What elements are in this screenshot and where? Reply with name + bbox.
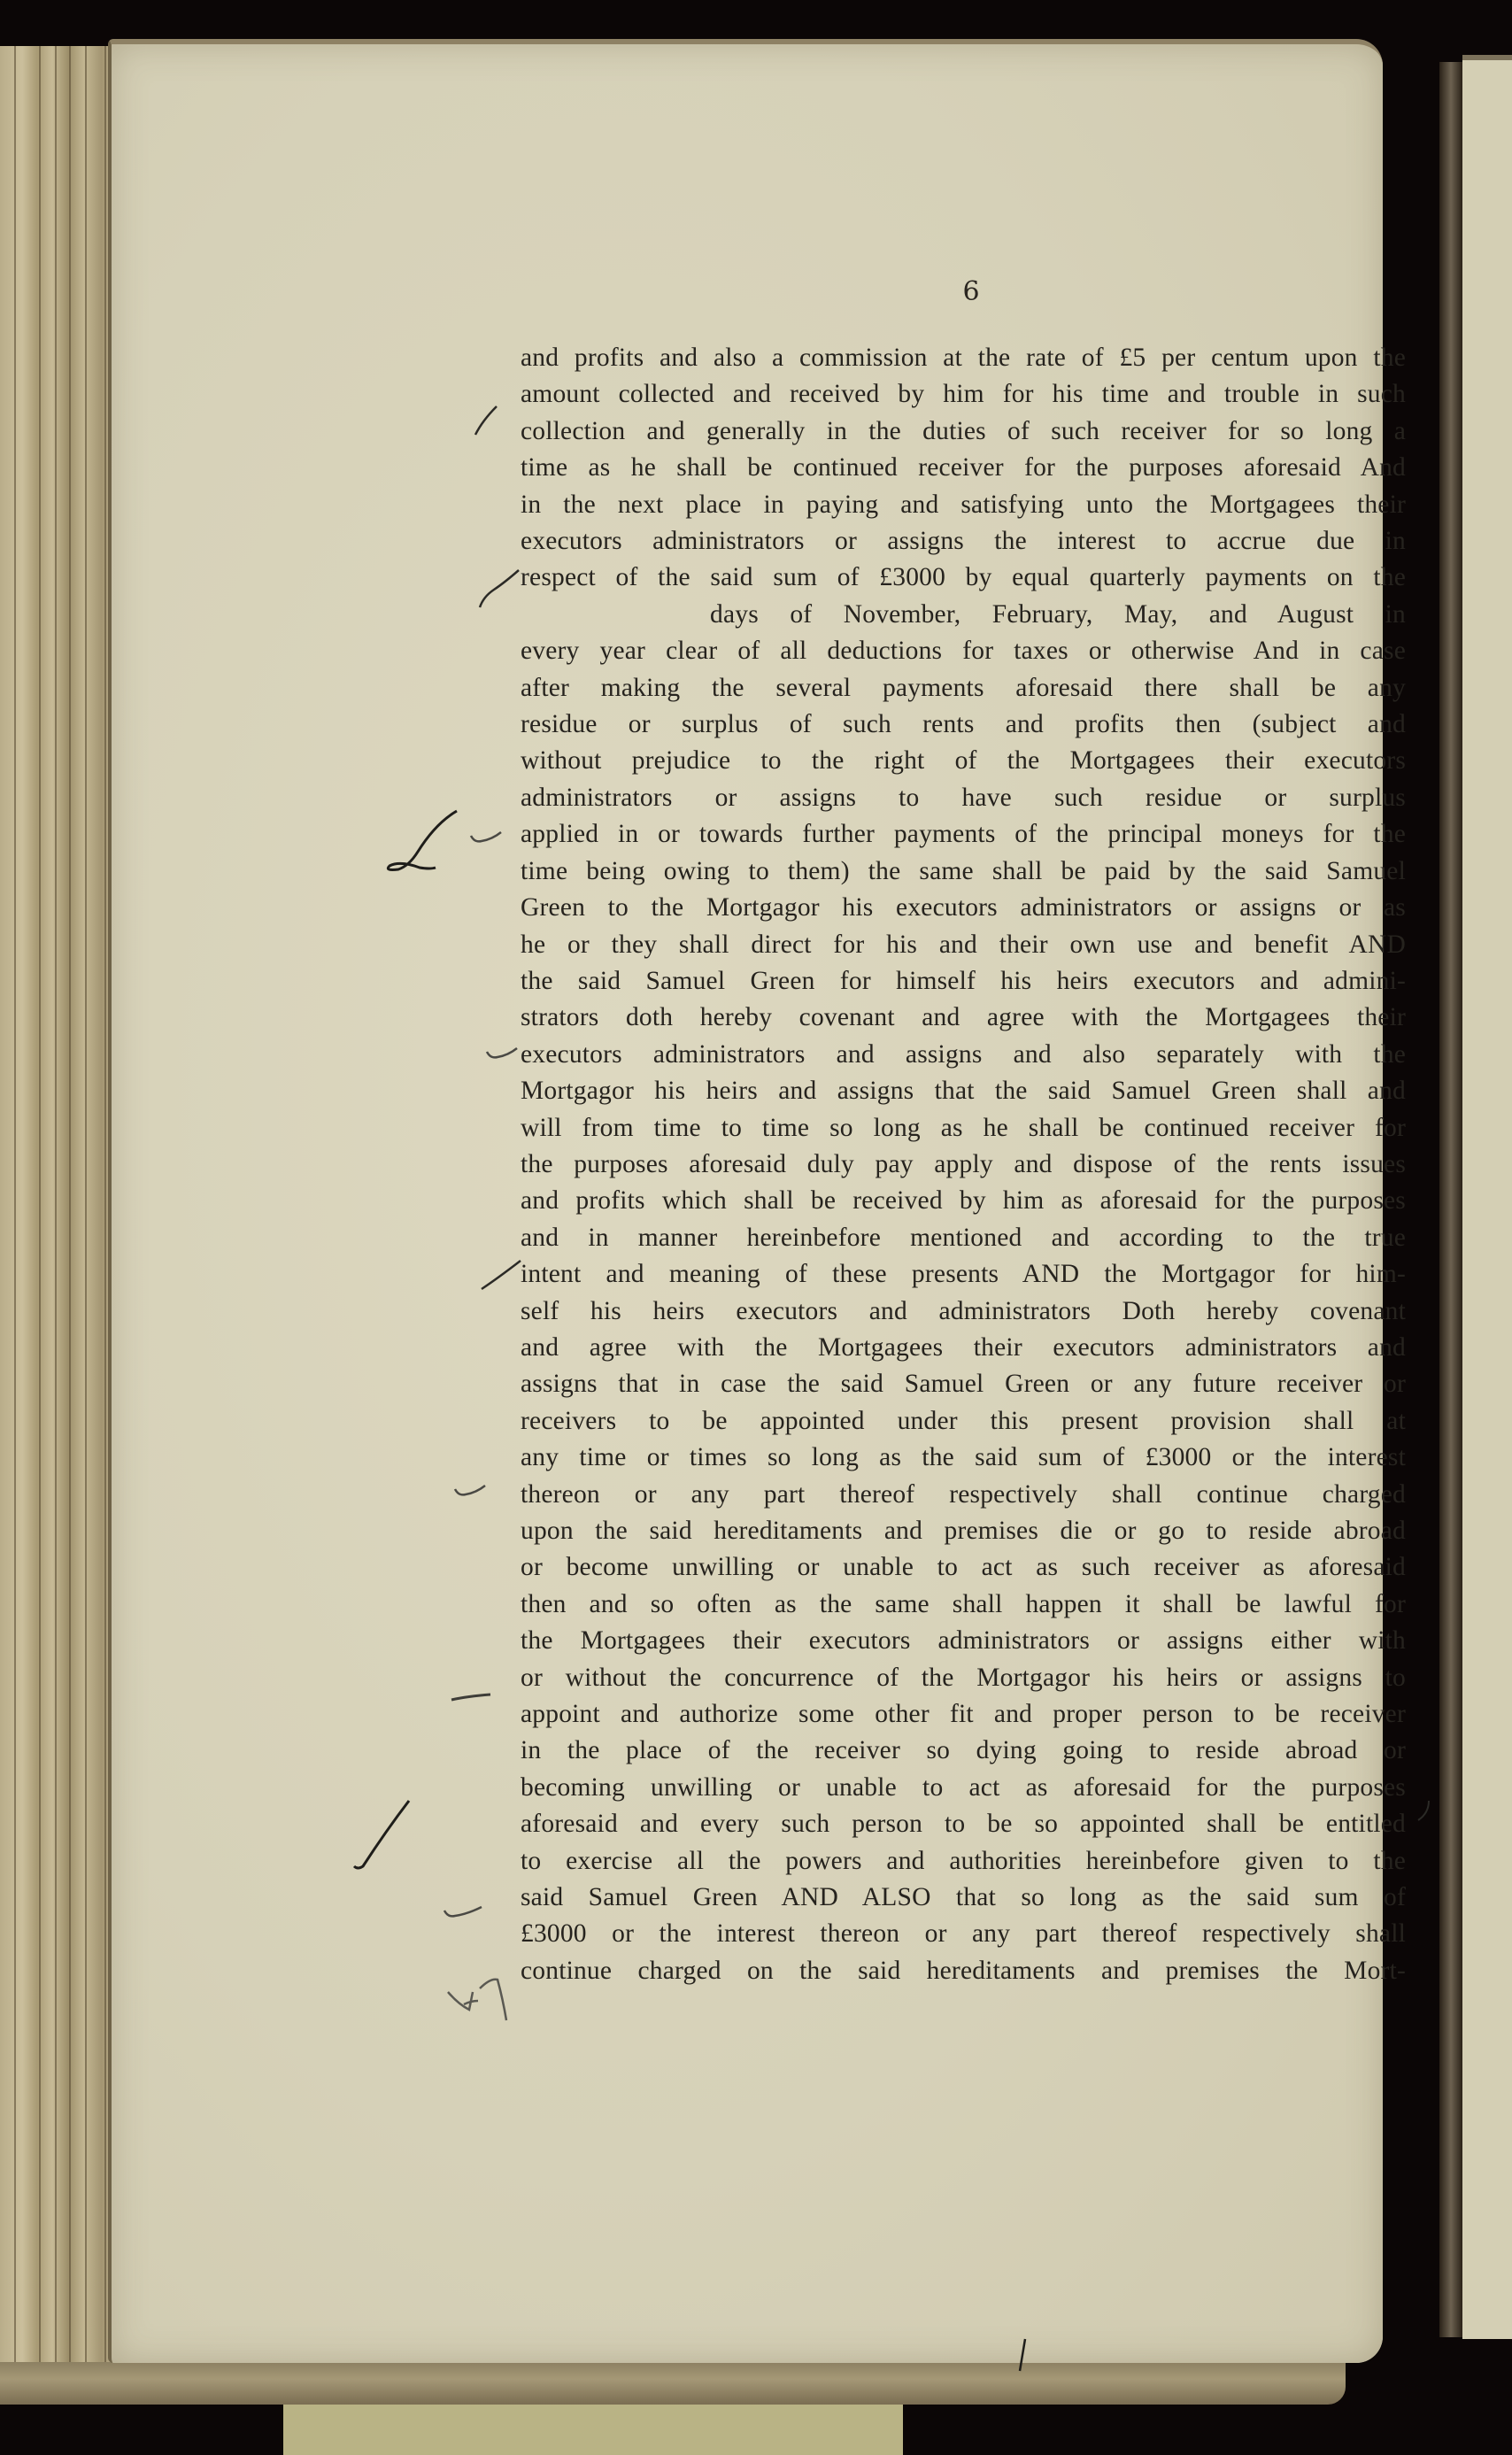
- text-line: receivers to be appointed under this pre…: [521, 1403, 1406, 1440]
- text-line: or become unwilling or unable to act as …: [521, 1549, 1406, 1586]
- facing-page-edge: [1462, 55, 1512, 2339]
- tick-mark-icon: [474, 403, 500, 438]
- text-line: in the next place in paying and satisfyi…: [521, 487, 1406, 523]
- text-line: appoint and authorize some other fit and…: [521, 1696, 1406, 1733]
- pencil-caret-icon: [1416, 1797, 1434, 1824]
- tick-mark-icon: [351, 1795, 413, 1875]
- text-line: to exercise all the powers and authoriti…: [521, 1843, 1406, 1880]
- text-line: administrators or assigns to have such r…: [521, 780, 1406, 816]
- text-line: assigns that in case the said Samuel Gre…: [521, 1366, 1406, 1402]
- page-gutter: [1439, 62, 1462, 2337]
- text-line: residue or surplus of such rents and pro…: [521, 706, 1406, 743]
- text-line: without prejudice to the right of the Mo…: [521, 743, 1406, 779]
- text-line: and agree with the Mortgagees their exec…: [521, 1330, 1406, 1366]
- tick-mark-icon: [480, 1257, 524, 1293]
- pencil-tick-icon: [453, 1484, 489, 1502]
- text-line: aforesaid and every such person to be so…: [521, 1806, 1406, 1842]
- pencil-tick-icon: [450, 1691, 492, 1703]
- text-line: time being owing to them) the same shall…: [521, 853, 1406, 890]
- page-number: 6: [958, 276, 984, 307]
- text-line: the purposes aforesaid duly pay apply an…: [521, 1146, 1406, 1183]
- pencil-tick-icon: [443, 1905, 485, 1923]
- text-line: amount collected and received by him for…: [521, 376, 1406, 413]
- pencil-number-47-icon: [444, 1974, 515, 2024]
- text-line: upon the said hereditaments and premises…: [521, 1513, 1406, 1549]
- text-line: the said Samuel Green for himself his he…: [521, 963, 1406, 1000]
- tick-mark-icon: [478, 567, 522, 611]
- page-edge-stack: [0, 46, 124, 2401]
- text-line: thereon or any part thereof respectively…: [521, 1477, 1406, 1513]
- page-bottom-edge: [0, 2362, 1346, 2405]
- text-line: strators doth hereby covenant and agree …: [521, 1000, 1406, 1036]
- stray-ink-mark-icon: [1016, 2337, 1027, 2373]
- text-line: Green to the Mortgagor his executors adm…: [521, 890, 1406, 926]
- text-line: applied in or towards further payments o…: [521, 816, 1406, 853]
- deed-body-text: and profits and also a commission at the…: [521, 340, 1406, 1989]
- text-line: collection and generally in the duties o…: [521, 413, 1406, 450]
- text-line: the Mortgagees their executors administr…: [521, 1623, 1406, 1659]
- text-line: becoming unwilling or unable to act as a…: [521, 1770, 1406, 1806]
- text-line: said Samuel Green AND ALSO that so long …: [521, 1880, 1406, 1916]
- text-line: or without the concurrence of the Mortga…: [521, 1660, 1406, 1696]
- text-line: and in manner hereinbefore mentioned and…: [521, 1220, 1406, 1256]
- scan-scene: 6 and profits and also a commission at t…: [0, 0, 1512, 2455]
- pencil-tick-icon: [469, 830, 505, 848]
- text-line: then and so often as the same shall happ…: [521, 1586, 1406, 1623]
- pencil-tick-icon: [485, 1046, 521, 1064]
- text-line: and profits and also a commission at the…: [521, 340, 1406, 376]
- text-line: after making the several payments afores…: [521, 670, 1406, 706]
- text-line: intent and meaning of these presents AND…: [521, 1256, 1406, 1293]
- text-line: he or they shall direct for his and thei…: [521, 927, 1406, 963]
- letter-l-annotation-icon: [382, 807, 462, 878]
- text-line: Mortgagor his heirs and assigns that the…: [521, 1073, 1406, 1109]
- text-line: every year clear of all deductions for t…: [521, 633, 1406, 669]
- text-line: in the place of the receiver so dying go…: [521, 1733, 1406, 1769]
- text-line: respect of the said sum of £3000 by equa…: [521, 560, 1406, 596]
- text-line: and profits which shall be received by h…: [521, 1183, 1406, 1219]
- underlying-sheet: [283, 2405, 903, 2455]
- text-line: £3000 or the interest thereon or any par…: [521, 1916, 1406, 1952]
- text-line: will from time to time so long as he sha…: [521, 1110, 1406, 1146]
- text-line: days of November, February, May, and Aug…: [521, 597, 1406, 633]
- text-line: executors administrators or assigns the …: [521, 523, 1406, 560]
- text-line: executors administrators and assigns and…: [521, 1037, 1406, 1073]
- text-line: continue charged on the said hereditamen…: [521, 1953, 1406, 1989]
- text-line: any time or times so long as the said su…: [521, 1440, 1406, 1476]
- text-line: self his heirs executors and administrat…: [521, 1293, 1406, 1330]
- text-line: time as he shall be continued receiver f…: [521, 450, 1406, 486]
